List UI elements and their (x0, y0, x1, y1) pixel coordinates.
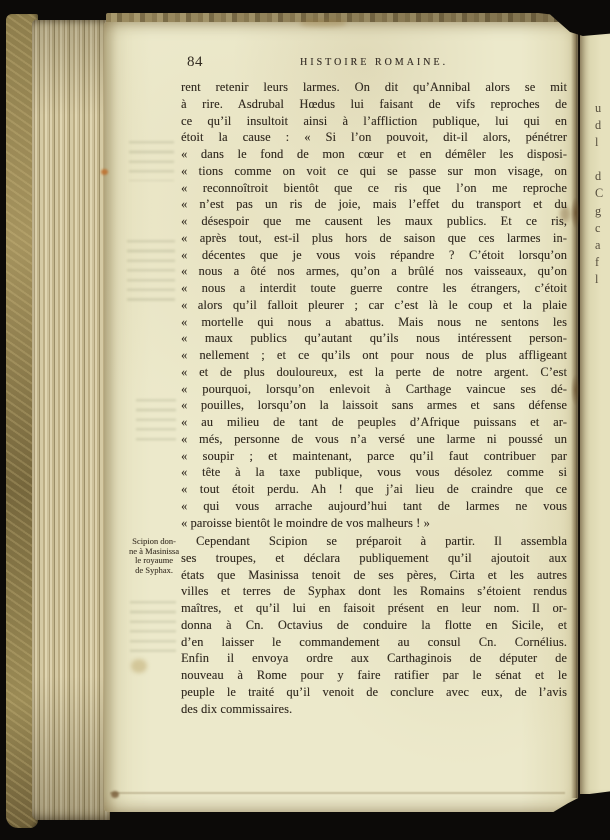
text-line: « reconnoîtroit bientôt que ce ris que l… (181, 180, 567, 197)
text-line: ce qu’il insultoit ainsi à l’affliction … (181, 113, 567, 130)
text-line: de Syphax. (127, 566, 181, 576)
text-line: « tout étoit perdu. Ah ! que j’ai lieu d… (181, 481, 567, 498)
stain-spot (300, 19, 346, 27)
running-title: HISTOIRE ROMAINE. (181, 57, 567, 68)
text-line: d (593, 168, 609, 185)
text-line: maîtres, et qu’il lui en faisoit présent… (181, 600, 567, 617)
text-line: « alors qu’il falloit pleurer ; car c’es… (181, 297, 567, 314)
text-line: l (593, 271, 609, 288)
text-line: « qui vous arrache aujourd’hui tant de l… (181, 498, 567, 515)
text-line: « més, personne de vous n’a versé une la… (181, 431, 567, 448)
text-line: donna à Cn. Octavius de conduire la flot… (181, 617, 567, 634)
text-line: Enfin il envoya ordre aux Carthaginois d… (181, 650, 567, 667)
text-line: peuple le traité qu’il venoit de conclur… (181, 684, 567, 701)
paragraph-scipion: Cependant Scipion se préparoit à partir.… (181, 533, 567, 717)
text-line: à rire. Asdrubal Hœdus lui faisant de vi… (181, 96, 567, 113)
text-line: u (593, 100, 609, 117)
text-line: « au milieu de tant de peuples d’Afrique… (181, 414, 567, 431)
text-line: f (593, 254, 609, 271)
page-edge-stack (32, 20, 110, 820)
page-crease-line (110, 792, 565, 794)
margin-note: Scipion don-ne à Masinissale royaumede S… (127, 537, 181, 576)
text-line: étoit la cause : « Si l’on pouvoit, dit-… (181, 129, 567, 146)
text-line: « tête à la taxe publique, vous vous dés… (181, 464, 567, 481)
text-line: « tions comme on voit ce qui se passe su… (181, 163, 567, 180)
show-through-smudge (136, 399, 176, 447)
text-line: « maux publics qu’autant qu’ils nous int… (181, 330, 567, 347)
text-line (593, 151, 609, 168)
text-line: g (593, 203, 609, 220)
text-line: c (593, 220, 609, 237)
stain-spot (131, 659, 147, 673)
text-line: des dix commissaires. (181, 701, 567, 718)
text-line: nouveau à Rome pour y faire ratifier par… (181, 667, 567, 684)
text-line: « dans le fond de mon cœur et en démêler… (181, 146, 567, 163)
show-through-smudge (127, 240, 175, 304)
text-line: « pouilles, lorsqu’on la laissoit sans a… (181, 397, 567, 414)
text-line: d (593, 117, 609, 134)
text-line: « nous a interdit toute guerre contre le… (181, 280, 567, 297)
text-line: « et de plus douloureux, est la perte de… (181, 364, 567, 381)
facing-page-text: udl dCgcafl (593, 100, 609, 288)
stain-spot (101, 169, 108, 175)
text-line: « n’est pas un ris de joie, mais l’effet… (181, 196, 567, 213)
text-line: « mortelle qui nous a abattus. Mais nous… (181, 314, 567, 331)
show-through-smudge (129, 141, 174, 181)
text-line: rent retenir leurs larmes. On dit qu’Ann… (181, 79, 567, 96)
text-line: d’en laisser le commandement au consul C… (181, 634, 567, 651)
show-through-smudge (130, 601, 176, 657)
text-line: Cependant Scipion se préparoit à partir.… (181, 533, 567, 550)
text-line: a (593, 237, 609, 254)
text-line: C (593, 185, 609, 202)
text-line: « décentes que je vous vois répandre ? C… (181, 247, 567, 264)
text-line: « nous a ôté nos armes, qu’on a brûlé no… (181, 263, 567, 280)
paragraph-quote-annibal: rent retenir leurs larmes. On dit qu’Ann… (181, 79, 567, 531)
text-line: « désespoir que me causent les maux publ… (181, 213, 567, 230)
text-line: villes et terres de Syphax dont les Roma… (181, 583, 567, 600)
text-line: « pourquoi, lorsqu’on enlevoit à Carthag… (181, 381, 567, 398)
text-line: ses troupes, et déclara publiquement qu’… (181, 550, 567, 567)
book-scan-photo: 84 HISTOIRE ROMAINE. rent retenir leurs … (0, 0, 610, 840)
text-line: « nellement ; et ce qu’ils ont pour nous… (181, 347, 567, 364)
text-line: « après tout, est-il plus hors de saison… (181, 230, 567, 247)
text-line: états que Masinissa tenoit de ses pères,… (181, 567, 567, 584)
text-line: l (593, 134, 609, 151)
text-line: « soupir ; et maintenant, parce qu’il fa… (181, 448, 567, 465)
text-line: « paroisse bientôt le moindre de vos mal… (181, 515, 567, 532)
